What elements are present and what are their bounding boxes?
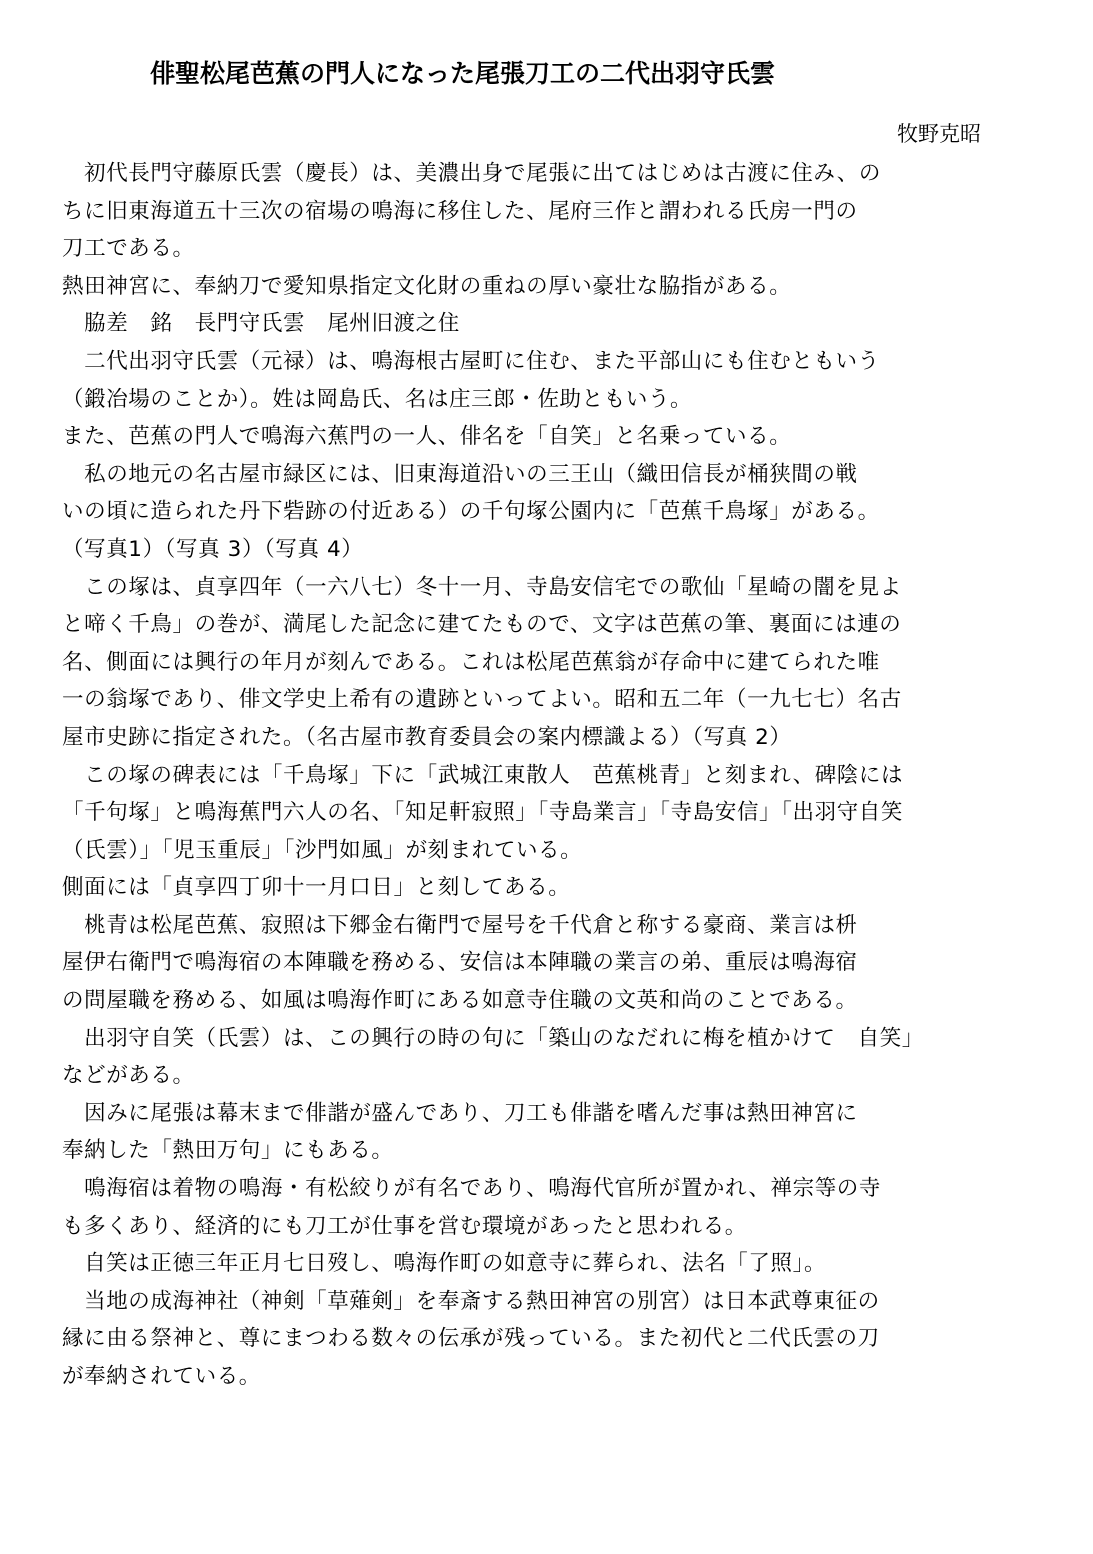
body-line: 当地の成海神社（神剣「草薙剣」を奉斎する熱田神宮の別宮）は日本武尊東征の: [62, 1283, 1002, 1321]
body-line: （鍛冶場のことか）。姓は岡島氏、名は庄三郎・佐助ともいう。: [62, 381, 1002, 419]
body-line: 側面には「貞享四丁卯十一月口日」と刻してある。: [62, 869, 1002, 907]
body-line: 桃青は松尾芭蕉、寂照は下郷金右衛門で屋号を千代倉と称する豪商、業言は枡: [62, 907, 1002, 945]
body-line: （氏雲）」「児玉重辰」「沙門如風」が刻まれている。: [62, 832, 1002, 870]
body-line: 屋市史跡に指定された。（名古屋市教育委員会の案内標識よる）（写真 2）: [62, 719, 1002, 757]
body-line: いの頃に造られた丹下砦跡の付近ある）の千句塚公園内に「芭蕉千鳥塚」がある。: [62, 493, 1002, 531]
body-line: も多くあり、経済的にも刀工が仕事を営む環境があったと思われる。: [62, 1208, 1002, 1246]
body-line: ちに旧東海道五十三次の宿場の鳴海に移住した、尾府三作と謂われる氏房一門の: [62, 193, 1002, 231]
body-line: 自笑は正徳三年正月七日歿し、鳴海作町の如意寺に葬られ、法名「了照」。: [62, 1245, 1002, 1283]
sword-inscription-line: 脇差 銘 長門守氏雲 尾州旧渡之住: [62, 305, 1002, 343]
body-line: 「千句塚」と鳴海蕉門六人の名、「知足軒寂照」「寺島業言」「寺島安信」「出羽守自笑: [62, 794, 1002, 832]
body-line: 二代出羽守氏雲（元禄）は、鳴海根古屋町に住む、また平部山にも住むともいう: [62, 343, 1002, 381]
body-line: と啼く千鳥」の巻が、満尾した記念に建てたもので、文字は芭蕉の筆、裏面には連の: [62, 606, 1002, 644]
body-line: 鳴海宿は着物の鳴海・有松絞りが有名であり、鳴海代官所が置かれ、禅宗等の寺: [62, 1170, 1002, 1208]
body-line: 刀工である。: [62, 230, 1002, 268]
body-line: 出羽守自笑（氏雲）は、この興行の時の句に「築山のなだれに梅を植かけて 自笑」: [62, 1020, 1002, 1058]
body-line: の問屋職を務める、如風は鳴海作町にある如意寺住職の文英和尚のことである。: [62, 982, 1002, 1020]
body-line: 名、側面には興行の年月が刻んである。これは松尾芭蕉翁が存命中に建てられた唯: [62, 644, 1002, 682]
body-line: が奉納されている。: [62, 1358, 1002, 1396]
body-line: 奉納した「熱田万句」にもある。: [62, 1132, 1002, 1170]
body-line: この塚は、貞享四年（一六八七）冬十一月、寺島安信宅での歌仙「星崎の闇を見よ: [62, 569, 1002, 607]
body-line: この塚の碑表には「千鳥塚」下に「武城江東散人 芭蕉桃青」と刻まれ、碑陰には: [62, 757, 1002, 795]
body-line: 屋伊右衛門で鳴海宿の本陣職を務める、安信は本陣職の業言の弟、重辰は鳴海宿: [62, 944, 1002, 982]
body-line: 私の地元の名古屋市緑区には、旧東海道沿いの三王山（織田信長が桶狭間の戦: [62, 456, 1002, 494]
author-name: 牧野克昭: [897, 118, 981, 150]
body-line: 熱田神宮に、奉納刀で愛知県指定文化財の重ねの厚い豪壮な脇指がある。: [62, 268, 1002, 306]
body-line: 初代長門守藤原氏雲（慶長）は、美濃出身で尾張に出てはじめは古渡に住み、の: [62, 155, 1002, 193]
document-body: 初代長門守藤原氏雲（慶長）は、美濃出身で尾張に出てはじめは古渡に住み、の ちに旧…: [62, 155, 1002, 1396]
body-line: 因みに尾張は幕末まで俳諧が盛んであり、刀工も俳諧を嗜んだ事は熱田神宮に: [62, 1095, 1002, 1133]
body-line: 一の翁塚であり、俳文学史上希有の遺跡といってよい。昭和五二年（一九七七）名古: [62, 681, 1002, 719]
photo-reference-line: （写真1）（写真 3）（写真 4）: [62, 531, 1002, 569]
body-line: などがある。: [62, 1057, 1002, 1095]
body-line: また、芭蕉の門人で鳴海六蕉門の一人、俳名を「自笑」と名乗っている。: [62, 418, 1002, 456]
body-line: 縁に由る祭神と、尊にまつわる数々の伝承が残っている。また初代と二代氏雲の刀: [62, 1320, 1002, 1358]
document-page: 俳聖松尾芭蕉の門人になった尾張刀工の二代出羽守氏雲 牧野克昭 初代長門守藤原氏雲…: [0, 0, 1093, 1554]
document-title: 俳聖松尾芭蕉の門人になった尾張刀工の二代出羽守氏雲: [150, 56, 930, 92]
